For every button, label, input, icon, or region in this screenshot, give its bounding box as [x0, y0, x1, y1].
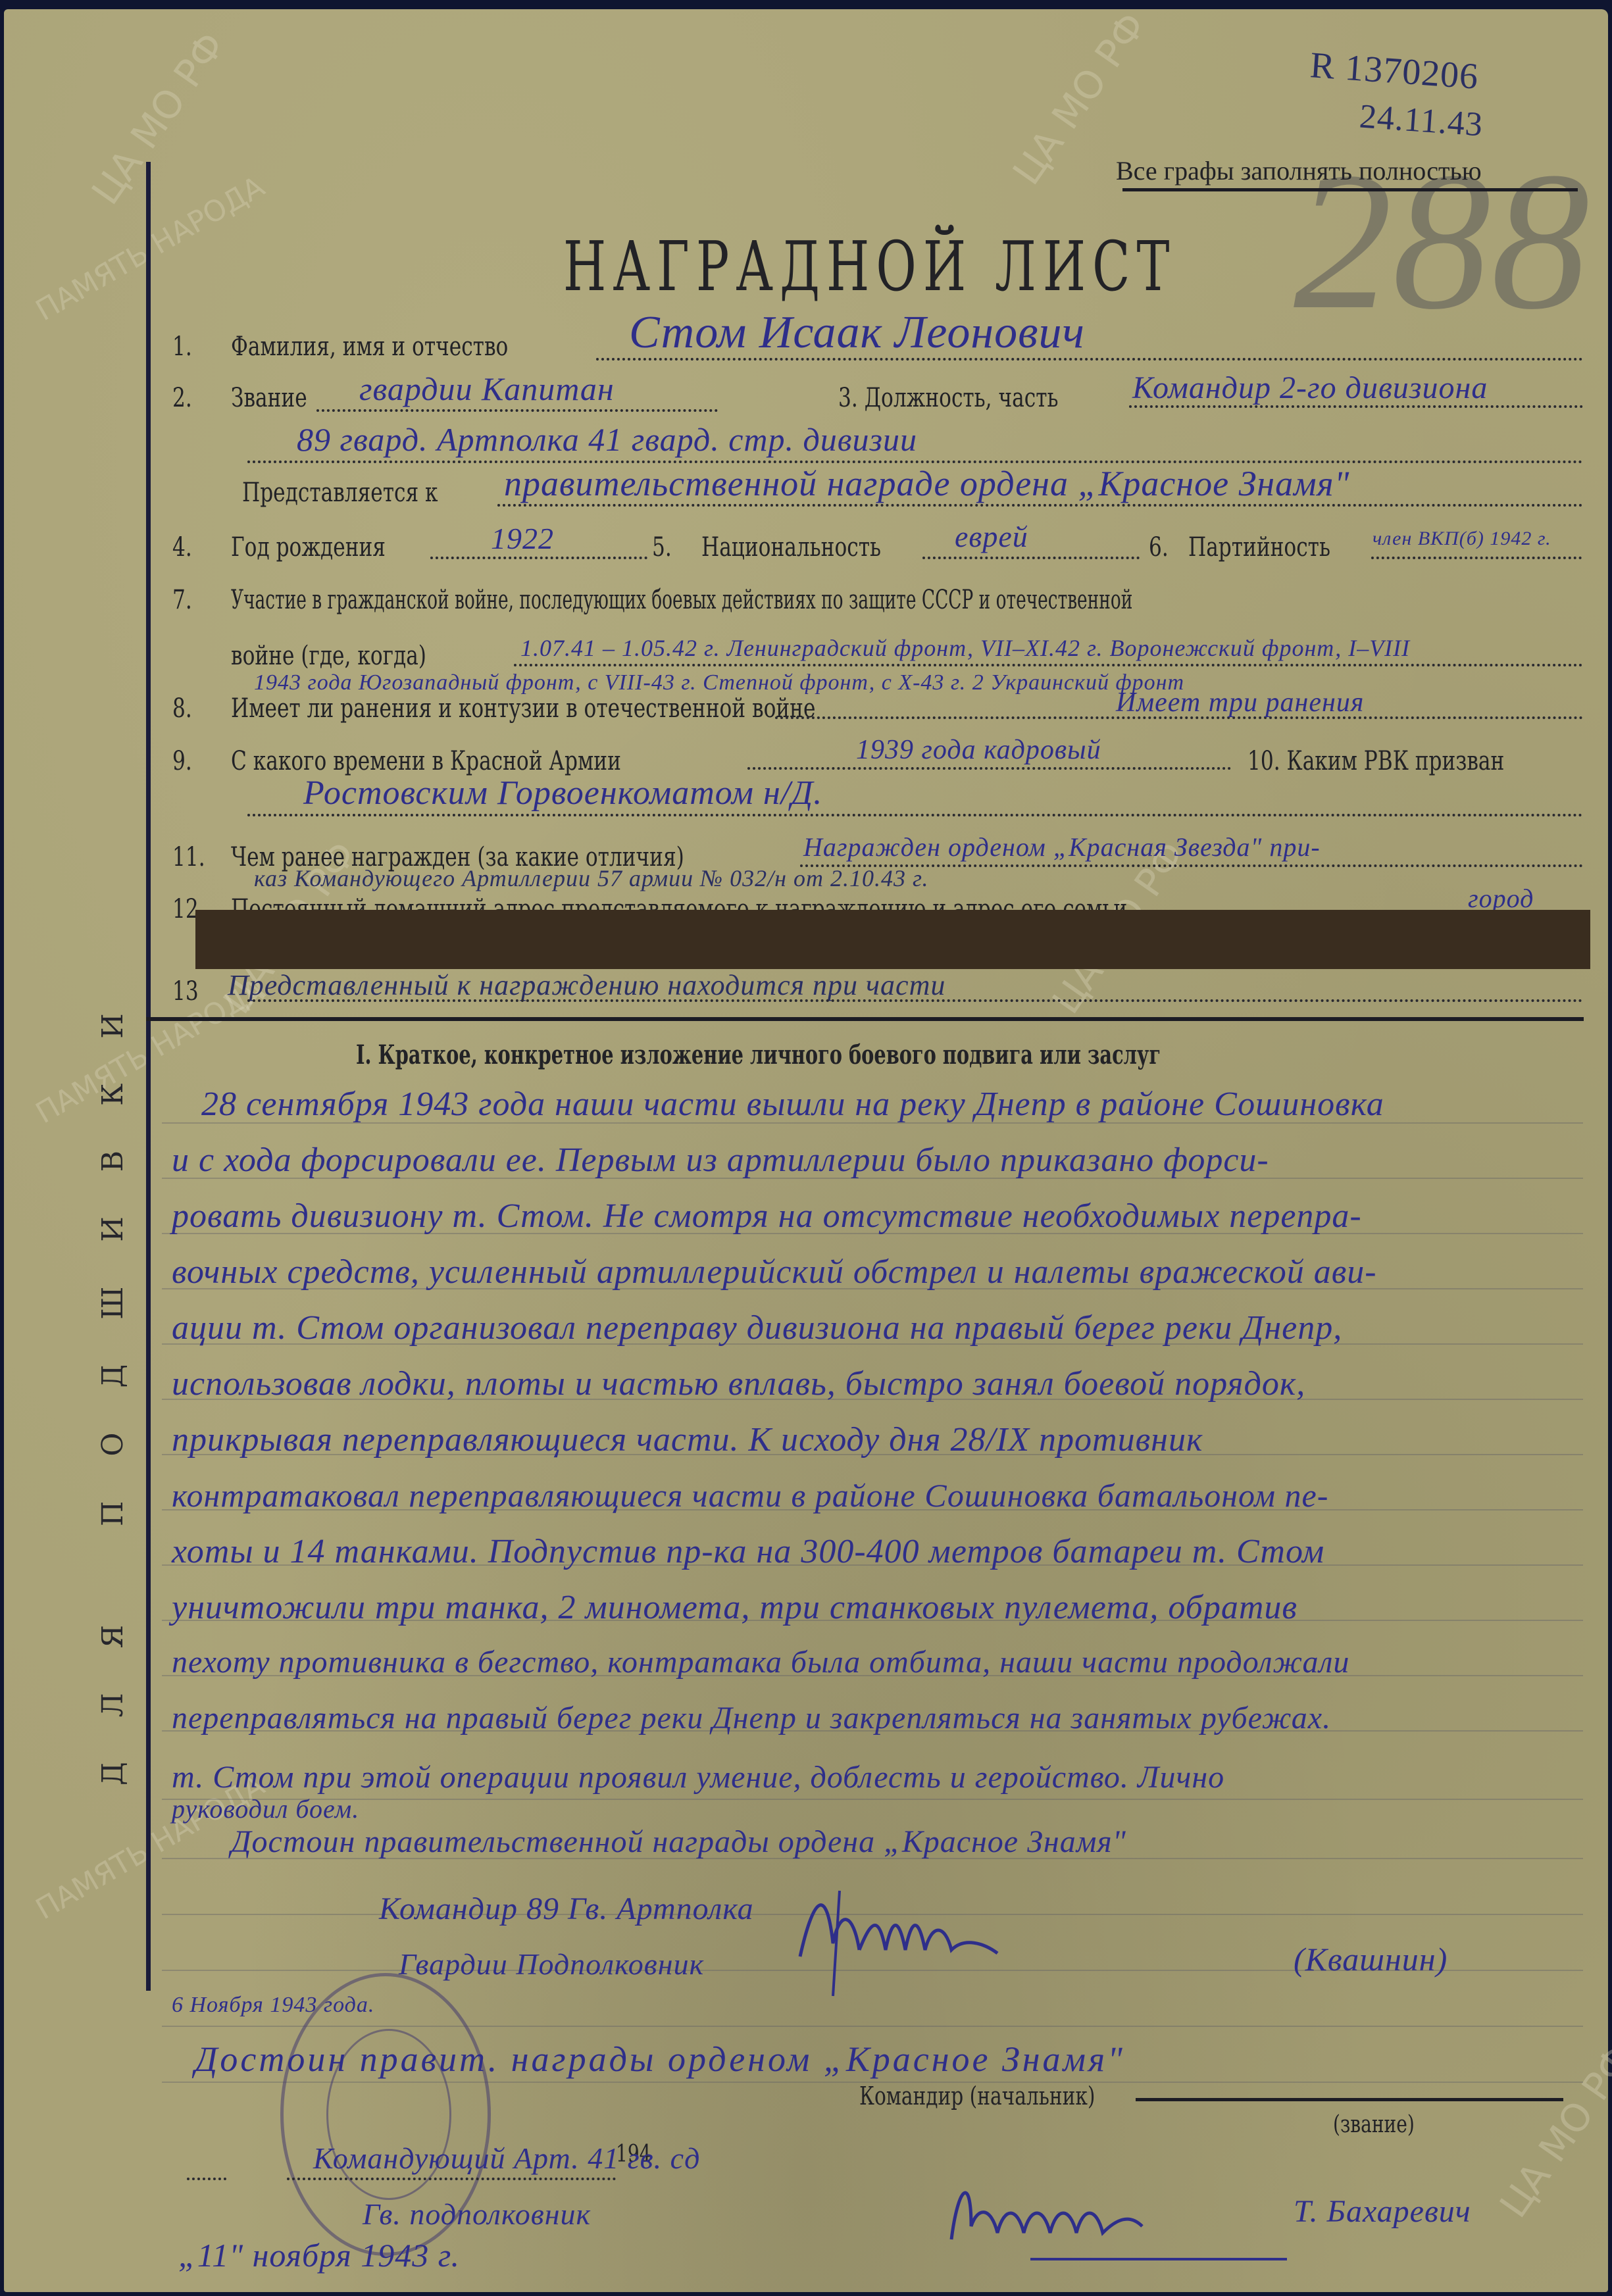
field-4-label: Год рождения: [231, 532, 386, 562]
field-6-label: Партийность: [1188, 532, 1330, 562]
narrative-line: хоты и 14 танками. Подпустив пр-ка на 30…: [172, 1532, 1324, 1571]
rank-label: (звание): [1333, 2111, 1415, 2138]
redacted-address-block: [195, 910, 1590, 969]
field-10-num: 10.: [1247, 746, 1280, 776]
watermark-camo: ЦА МО РФ: [83, 24, 234, 212]
commander-line: [1136, 2098, 1563, 2101]
signature-1-icon: [787, 1871, 1090, 2003]
field-5-line: [922, 557, 1140, 559]
field-10-line: [247, 814, 1583, 816]
approval-signer-line2: Гв. подполковник: [363, 2197, 591, 2232]
field-4-value[interactable]: 1922: [491, 521, 554, 556]
narrative-line: прикрывая переправляющиеся части. К исхо…: [172, 1420, 1203, 1459]
field-4-line: [430, 557, 647, 559]
field-11-value-line1[interactable]: Награжден орденом „Красная Звезда" при-: [803, 832, 1321, 862]
field-4-num: 4.: [172, 532, 192, 562]
award-line: [497, 504, 1583, 507]
field-7-value-line2[interactable]: 1943 года Югозападный фронт, с VIII-43 г…: [254, 670, 1184, 695]
field-9-label: С какого времени в Красной Армии: [231, 746, 621, 776]
field-13-value[interactable]: Представленный к награждению находится п…: [228, 968, 945, 1002]
signer-1-rank: Гвардии Подполковник: [399, 1947, 704, 1982]
section-1-heading: I. Краткое, конкретное изложение личного…: [356, 1039, 1161, 1070]
signer-1-name: (Квашнин): [1294, 1940, 1448, 1978]
field-2-label: Звание: [231, 383, 307, 413]
field-12-num: 12: [172, 894, 199, 924]
field-7-num: 7.: [172, 585, 192, 615]
approval-text: Достоин правит. награды орденом „Красное…: [195, 2039, 1125, 2080]
narrative-line: контратаковал переправляющиеся части в р…: [172, 1476, 1328, 1514]
field-11-value-line2[interactable]: каз Командующего Артиллерии 57 армии № 0…: [254, 864, 929, 892]
field-5-value[interactable]: еврей: [955, 519, 1028, 554]
narrative-line: вочных средств, усиленный артиллерийский…: [172, 1253, 1377, 1291]
field-1-num: 1.: [172, 332, 192, 362]
field-9-value[interactable]: 1939 года кадровый: [856, 734, 1101, 766]
field-3-label: 3. Должность, часть: [838, 383, 1058, 413]
field-5-label: Национальность: [701, 532, 881, 562]
header-instruction: Все графы заполнять полностью: [1116, 155, 1482, 186]
field-9-num: 9.: [172, 746, 192, 776]
narrative-line: 28 сентября 1943 года наши части вышли н…: [201, 1085, 1384, 1124]
field-3-label-text: Должность, часть: [865, 383, 1059, 413]
award-sheet-document: ЦА МО РФ ЦА МО РФ ЦА МО РФ ЦА МО РФ ЦА М…: [4, 9, 1608, 2292]
commander-label: Командир (начальник): [859, 2082, 1095, 2110]
field-6-line: [1371, 557, 1582, 559]
date-2: „11" ноября 1943 г.: [178, 2236, 460, 2274]
margin-label-dlya-podshivki: ДЛЯ ПОДШИВКИ: [96, 968, 130, 1785]
narrative-line: и с хода форсировали ее. Первым из артил…: [172, 1141, 1269, 1180]
field-2-line: [316, 409, 718, 412]
approval-signer-line1: Командующий Арт. 41 гв. сд: [313, 2141, 700, 2176]
field-7-value-line1[interactable]: 1.07.41 – 1.05.42 г. Ленинградский фронт…: [520, 634, 1410, 662]
field-3-value-line2[interactable]: 89 гвард. Артполка 41 гвард. стр. дивизи…: [297, 420, 917, 459]
field-8-value[interactable]: Имеет три ранения: [1116, 687, 1364, 718]
field-8-label: Имеет ли ранения и контузии в отечествен…: [231, 693, 815, 724]
watermark-camo: ЦА МО РФ: [1491, 2037, 1612, 2226]
field-6-num: 6.: [1149, 532, 1169, 562]
field-3-value[interactable]: Командир 2-го дивизиона: [1132, 370, 1488, 406]
date-line-day: [187, 2178, 226, 2180]
field-9-line: [747, 767, 1231, 770]
field-8-num: 8.: [172, 693, 192, 724]
field-7-line: [514, 664, 1583, 666]
field-7-label-line1: Участие в гражданской войне, последующих…: [231, 585, 1132, 615]
date-1: 6 Ноября 1943 года.: [172, 1993, 374, 2018]
instruction-underline: [1122, 188, 1578, 191]
field-10-label: 10. Каким РВК призван: [1247, 746, 1504, 776]
field-2-value[interactable]: гвардии Капитан: [359, 370, 615, 408]
binding-margin-line: [146, 162, 151, 1991]
award-value[interactable]: правительственной награде ордена „Красно…: [504, 463, 1349, 504]
narrative-line: пехоту противника в бегство, контратака …: [172, 1644, 1349, 1680]
narrative-conclusion: Достоин правительственной награды ордена…: [231, 1824, 1126, 1860]
signature-2-icon: [945, 2160, 1340, 2272]
field-6-value[interactable]: член ВКП(б) 1942 г.: [1373, 528, 1551, 550]
field-5-num: 5.: [652, 532, 672, 562]
field-1-value[interactable]: Стом Исаак Леонович: [629, 307, 1085, 359]
narrative-line: использовав лодки, плоты и частью вплавь…: [172, 1364, 1305, 1403]
field-13-num: 13: [172, 976, 199, 1007]
field-12-value[interactable]: город: [1468, 883, 1534, 914]
narrative-line: т. Стом при этой операции проявил умение…: [172, 1759, 1224, 1795]
narrative-line: уничтожили три танка, 2 миномета, три ст…: [172, 1588, 1297, 1627]
field-3-num: 3.: [838, 383, 858, 413]
field-2-num: 2.: [172, 383, 192, 413]
signer-1-title: Командир 89 Гв. Артполка: [379, 1891, 754, 1927]
field-13-line: [247, 999, 1583, 1002]
section-divider: [146, 1017, 1584, 1021]
award-label: Представляется к: [242, 478, 438, 508]
date-line-month: [287, 2178, 616, 2180]
approval-signer-name: Т. Бахаревич: [1294, 2193, 1471, 2230]
ruled-line: [162, 1799, 1583, 1800]
field-1-label: Фамилия, имя и отчество: [231, 332, 508, 362]
narrative-line: руководил боем.: [172, 1793, 359, 1824]
narrative-line: переправляться на правый берег реки Днеп…: [172, 1700, 1331, 1736]
field-10-value[interactable]: Ростовским Горвоенкоматом н/Д.: [303, 774, 822, 812]
field-7-label-line2: войне (где, когда): [231, 641, 426, 671]
page-title: НАГРАДНОЙ ЛИСТ: [563, 226, 1176, 307]
narrative-line: ровать дивизиону т. Стом. Не смотря на о…: [172, 1197, 1362, 1235]
field-11-num: 11.: [172, 842, 205, 872]
archive-ref-number: R 1370206: [1309, 44, 1480, 98]
field-10-label-text: Каким РВК призван: [1287, 746, 1505, 776]
narrative-line: ации т. Стом организовал переправу дивиз…: [172, 1309, 1342, 1347]
